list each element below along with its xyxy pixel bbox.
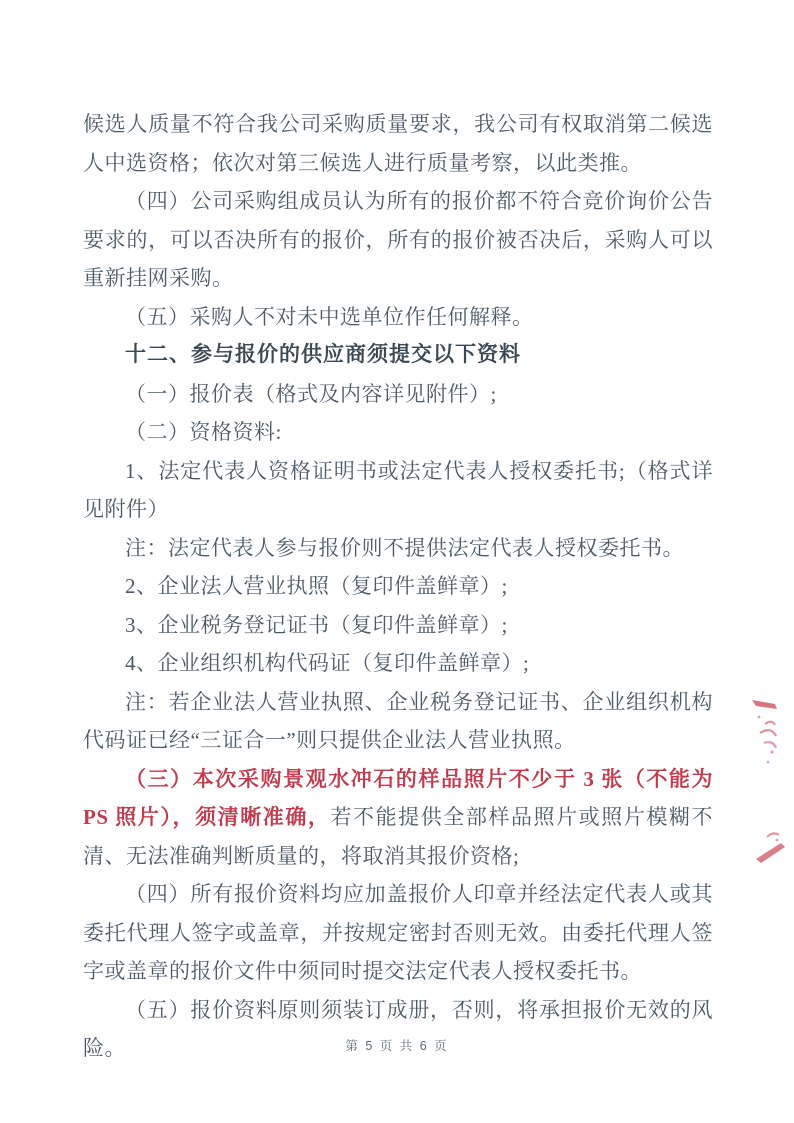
sub-item-3-tax-certificate: 3、企业税务登记证书（复印件盖鲜章）; xyxy=(83,606,713,645)
note-1-legal-rep: 注：法定代表人参与报价则不提供法定代表人授权委托书。 xyxy=(83,529,713,568)
sub-item-4-org-code: 4、企业组织机构代码证（复印件盖鲜章）; xyxy=(83,644,713,683)
document-body: 候选人质量不符合我公司采购质量要求，我公司有权取消第二候选人中选资格；依次对第三… xyxy=(83,105,713,1068)
page-number-footer: 第 5 页 共 6 页 xyxy=(0,1036,794,1054)
item-3-sample-photos: （三）本次采购景观水冲石的样品照片不少于 3 张（不能为 PS 照片），须清晰准… xyxy=(83,760,713,876)
paragraph-clause4-company: （四）公司采购组成员认为所有的报价都不符合竞价询价公告要求的，可以否决所有的报价… xyxy=(83,182,713,298)
red-seal-fragment-icon xyxy=(751,828,793,870)
paragraph-continuation: 候选人质量不符合我公司采购质量要求，我公司有权取消第二候选人中选资格；依次对第三… xyxy=(83,105,713,182)
item-1-quotation-form: （一）报价表（格式及内容详见附件）; xyxy=(83,375,713,414)
paragraph-clause5-no-explain: （五）采购人不对未中选单位作任何解释。 xyxy=(83,298,713,337)
section12-heading: 十二、参与报价的供应商须提交以下资料 xyxy=(83,336,713,375)
note-2-three-in-one: 注：若企业法人营业执照、企业税务登记证书、企业组织机构代码证已经“三证合一”则只… xyxy=(83,683,713,760)
sub-item-2-business-license: 2、企业法人营业执照（复印件盖鲜章）; xyxy=(83,567,713,606)
item-4-seal-signature: （四）所有报价资料均应加盖报价人印章并经法定代表人或其委托代理人签字或盖章，并按… xyxy=(83,875,713,991)
item-5-binding: （五）报价资料原则须装订成册，否则，将承担报价无效的风险。 xyxy=(83,991,713,1068)
sub-item-1-legal-rep: 1、法定代表人资格证明书或法定代表人授权委托书;（格式详见附件） xyxy=(83,452,713,529)
red-seal-fragment-icon xyxy=(748,692,794,770)
item-2-qualification: （二）资格资料: xyxy=(83,413,713,452)
